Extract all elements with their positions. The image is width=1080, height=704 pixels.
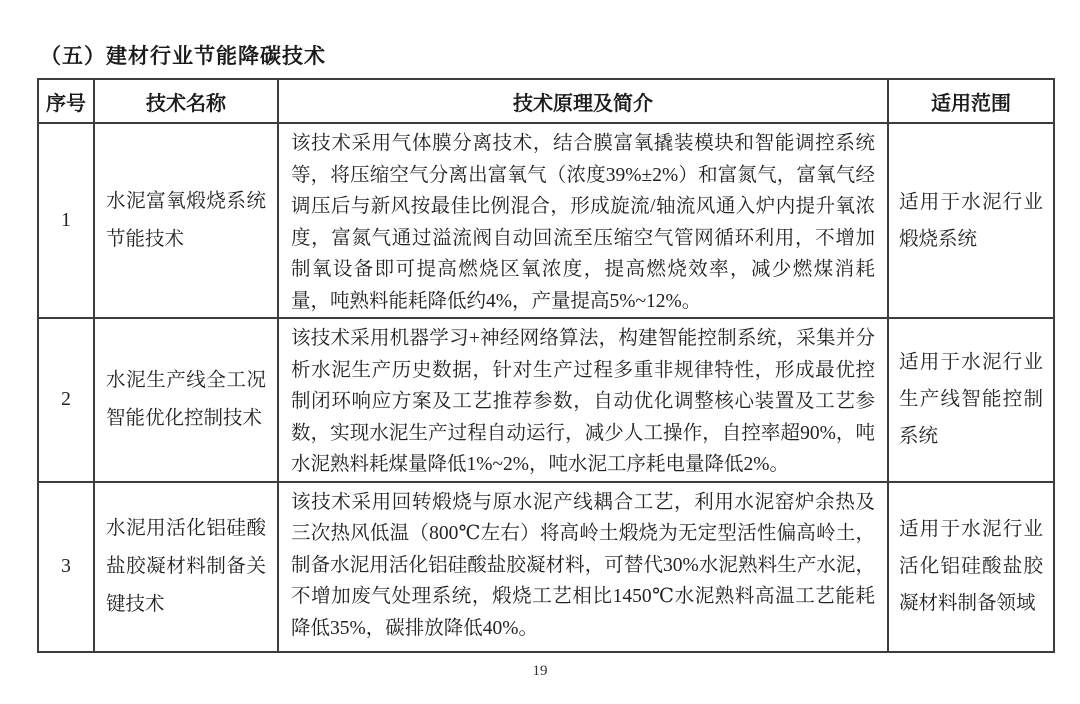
tech-description: 该技术采用气体膜分离技术，结合膜富氧撬装模块和智能调控系统等，将压缩空气分离出富… bbox=[278, 123, 888, 318]
document-page: （五）建材行业节能降碳技术 序号 技术名称 技术原理及简介 适用范围 1 水泥富… bbox=[0, 0, 1080, 704]
col-header-scope: 适用范围 bbox=[888, 79, 1054, 123]
table-row: 3 水泥用活化铝硅酸盐胶凝材料制备关键技术 该技术采用回转煅烧与原水泥产线耦合工… bbox=[38, 482, 1054, 652]
table-row: 2 水泥生产线全工况智能优化控制技术 该技术采用机器学习+神经网络算法，构建智能… bbox=[38, 318, 1054, 482]
tech-name: 水泥用活化铝硅酸盐胶凝材料制备关键技术 bbox=[94, 482, 278, 652]
tech-description: 该技术采用回转煅烧与原水泥产线耦合工艺，利用水泥窑炉余热及三次热风低温（800℃… bbox=[278, 482, 888, 652]
section-title: （五）建材行业节能降碳技术 bbox=[40, 40, 326, 70]
tech-scope: 适用于水泥行业活化铝硅酸盐胶凝材料制备领域 bbox=[888, 482, 1054, 652]
row-index: 2 bbox=[38, 318, 94, 482]
col-header-tech-name: 技术名称 bbox=[94, 79, 278, 123]
col-header-index: 序号 bbox=[38, 79, 94, 123]
page-number: 19 bbox=[0, 663, 1080, 680]
tech-name: 水泥富氧煅烧系统节能技术 bbox=[94, 123, 278, 318]
technology-table: 序号 技术名称 技术原理及简介 适用范围 1 水泥富氧煅烧系统节能技术 该技术采… bbox=[37, 78, 1055, 653]
col-header-principle: 技术原理及简介 bbox=[278, 79, 888, 123]
row-index: 3 bbox=[38, 482, 94, 652]
tech-name: 水泥生产线全工况智能优化控制技术 bbox=[94, 318, 278, 482]
tech-scope: 适用于水泥行业煅烧系统 bbox=[888, 123, 1054, 318]
table-header-row: 序号 技术名称 技术原理及简介 适用范围 bbox=[38, 79, 1054, 123]
tech-description: 该技术采用机器学习+神经网络算法，构建智能控制系统，采集并分析水泥生产历史数据，… bbox=[278, 318, 888, 482]
table-row: 1 水泥富氧煅烧系统节能技术 该技术采用气体膜分离技术，结合膜富氧撬装模块和智能… bbox=[38, 123, 1054, 318]
row-index: 1 bbox=[38, 123, 94, 318]
tech-scope: 适用于水泥行业生产线智能控制系统 bbox=[888, 318, 1054, 482]
